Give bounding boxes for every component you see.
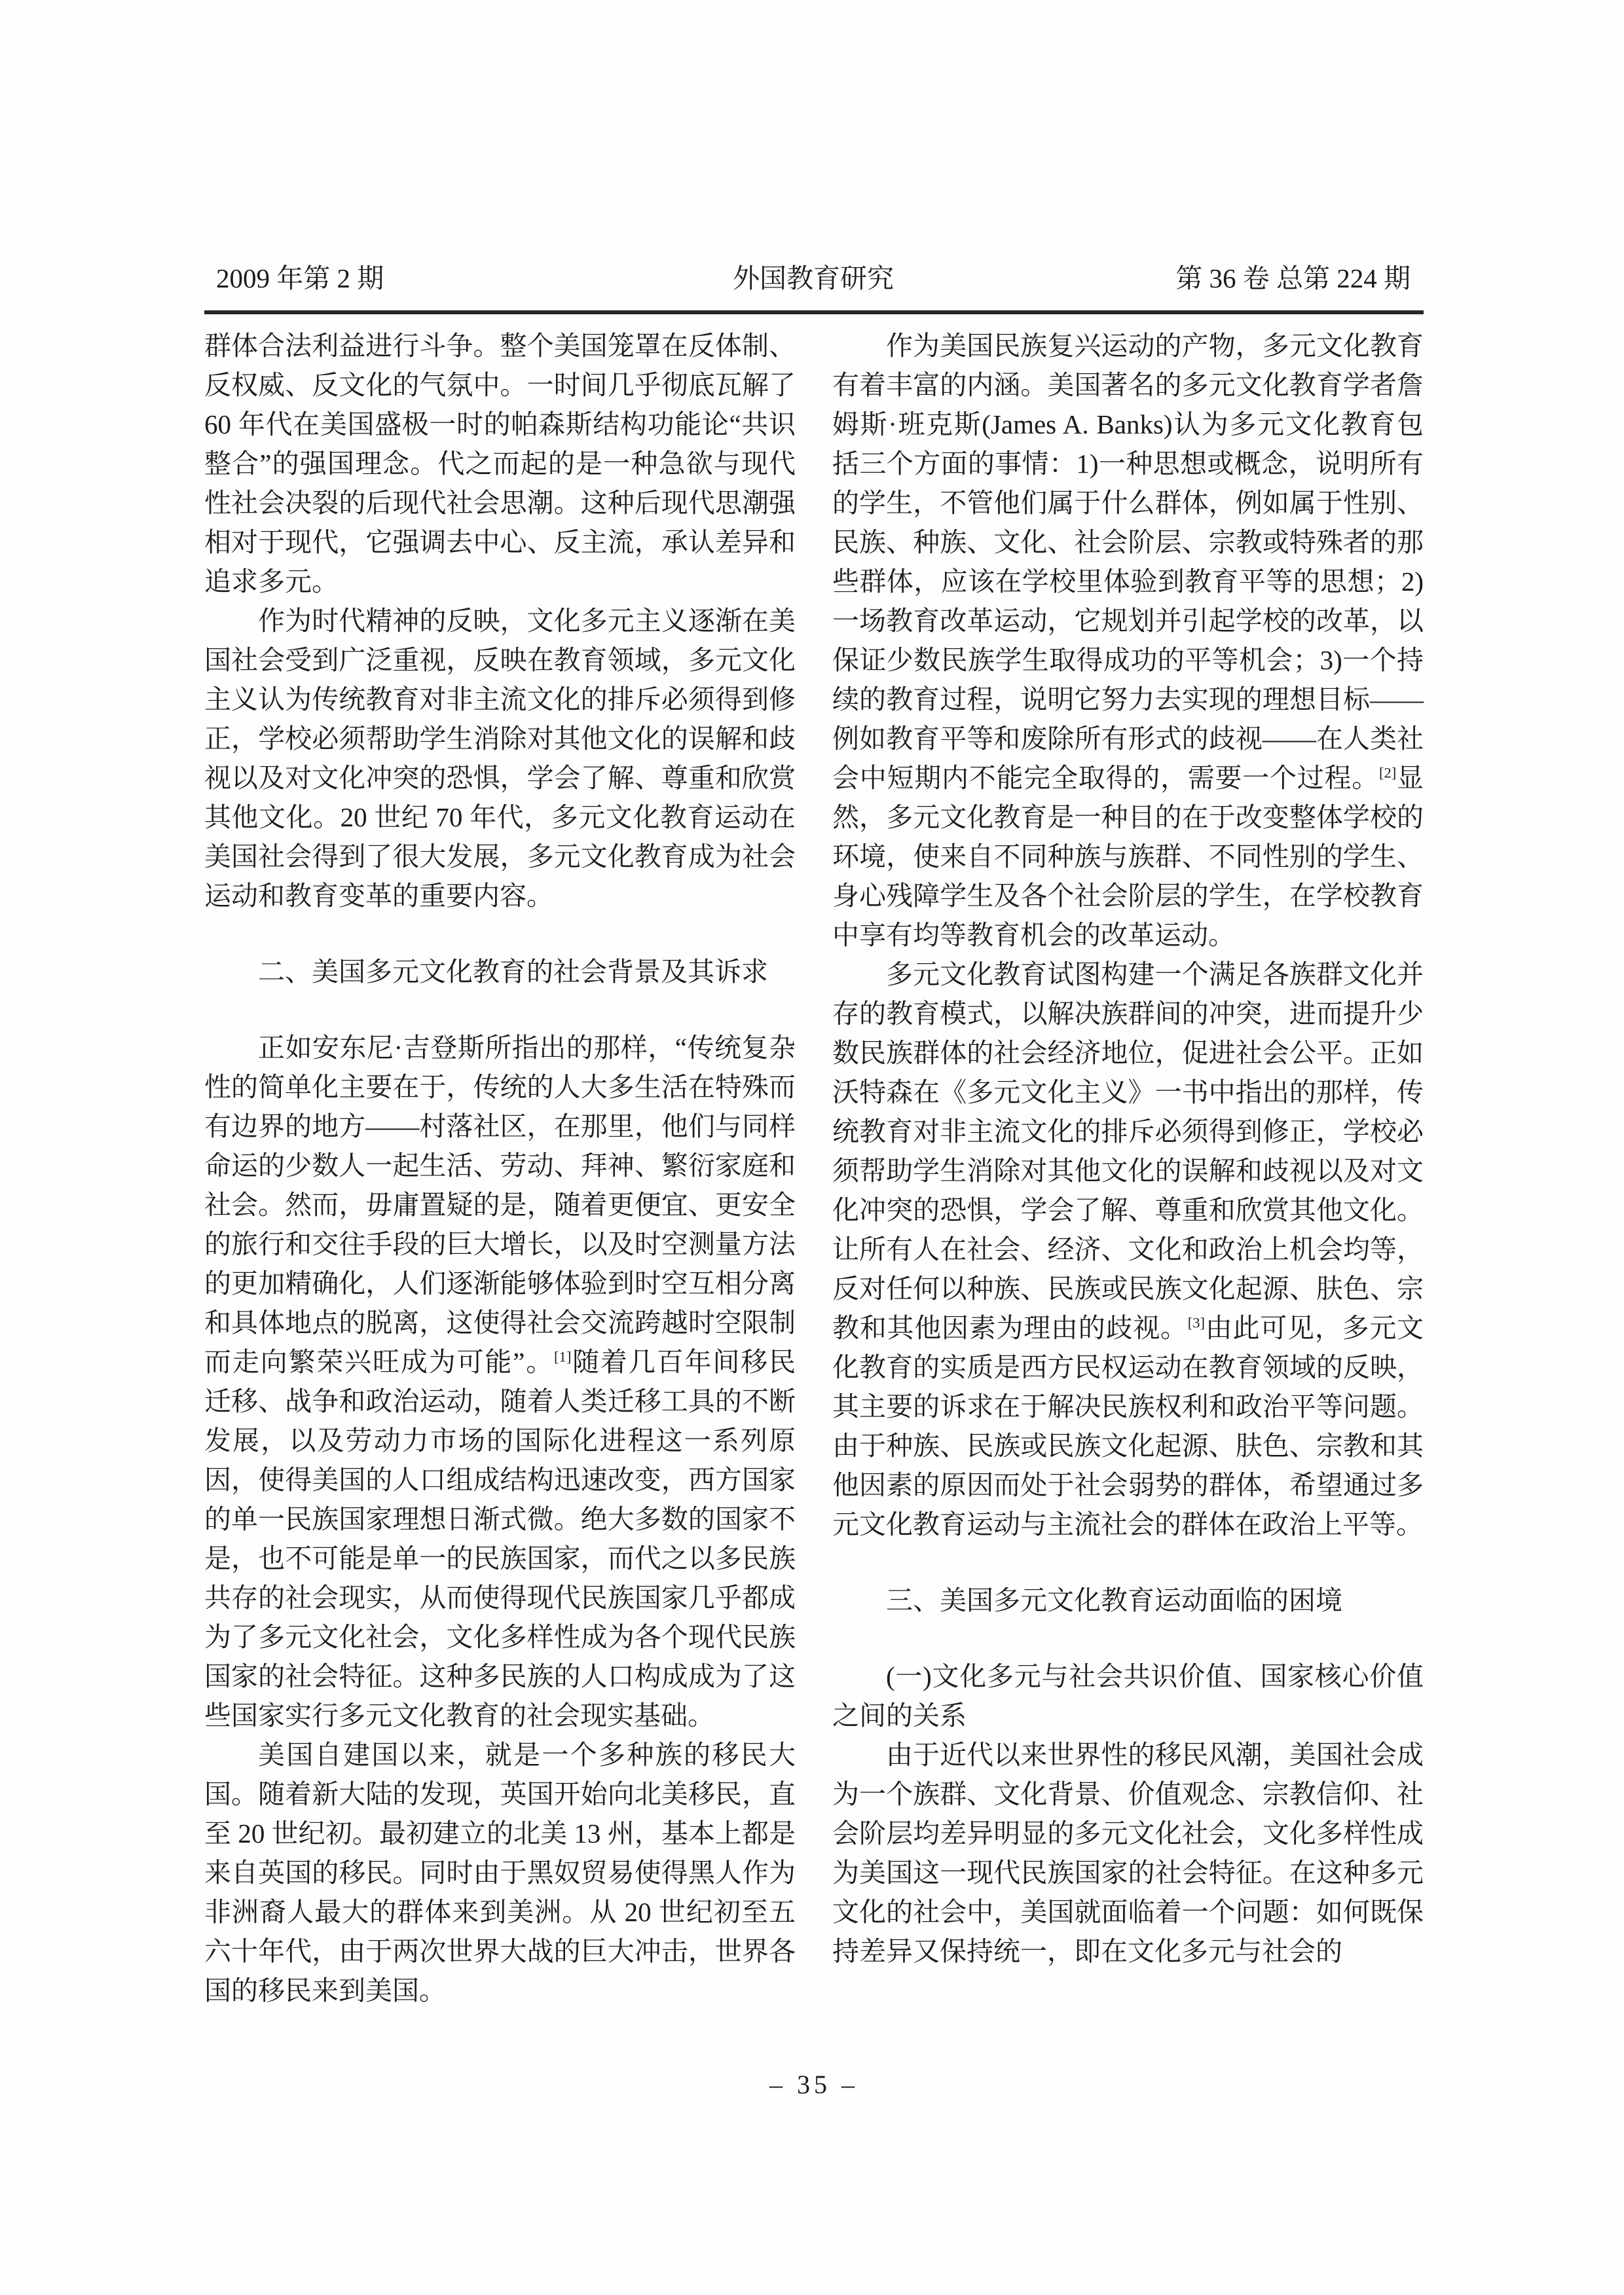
subsection-heading: (一)文化多元与社会共识价值、国家核心价值之间的关系 [832,1657,1424,1735]
paragraph: 美国自建国以来，就是一个多种族的移民大国。随着新大陆的发现，英国开始向北美移民，… [204,1735,796,2010]
section-heading-three: 三、美国多元文化教育运动面临的困境 [832,1581,1424,1620]
journal-volume-info: 第 36 卷 总第 224 期 [1012,265,1411,292]
left-column: 群体合法利益进行斗争。整个美国笼罩在反体制、反权威、反文化的气氛中。一时间几乎彻… [204,326,796,2010]
paragraph: 作为美国民族复兴运动的产物，多元文化教育有着丰富的内涵。美国著名的多元文化教育学… [832,326,1424,955]
header-rule [204,310,1424,314]
journal-title: 外国教育研究 [614,265,1012,292]
paragraph-continuation: 群体合法利益进行斗争。整个美国笼罩在反体制、反权威、反文化的气氛中。一时间几乎彻… [204,326,796,601]
page-footer: – 35 – [204,2069,1424,2100]
paragraph: 正如安东尼·吉登斯所指出的那样，“传统复杂性的简单化主要在于，传统的人大多生活在… [204,1028,796,1735]
section-heading-two: 二、美国多元文化教育的社会背景及其诉求 [204,952,796,991]
article-body: 群体合法利益进行斗争。整个美国笼罩在反体制、反权威、反文化的气氛中。一时间几乎彻… [204,326,1424,2010]
journal-page: 2009 年第 2 期 外国教育研究 第 36 卷 总第 224 期 群体合法利… [0,0,1624,2295]
right-column: 作为美国民族复兴运动的产物，多元文化教育有着丰富的内涵。美国著名的多元文化教育学… [832,326,1424,2010]
journal-issue: 2009 年第 2 期 [216,265,614,292]
page-header: 2009 年第 2 期 外国教育研究 第 36 卷 总第 224 期 [216,265,1411,292]
paragraph: 多元文化教育试图构建一个满足各族群文化并存的教育模式，以解决族群间的冲突，进而提… [832,955,1424,1544]
paragraph: 由于近代以来世界性的移民风潮，美国社会成为一个族群、文化背景、价值观念、宗教信仰… [832,1735,1424,1971]
paragraph: 作为时代精神的反映，文化多元主义逐渐在美国社会受到广泛重视，反映在教育领域，多元… [204,601,796,915]
page-number: – 35 – [769,2070,858,2099]
